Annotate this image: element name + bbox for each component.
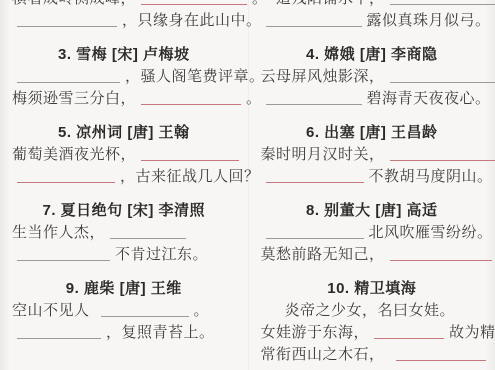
fill-in-blank-underline xyxy=(17,246,110,261)
line-text: 常衔西山之木石， xyxy=(261,347,385,363)
line-text: 故为精卫， xyxy=(449,325,495,341)
line-text: 露似真珠月似弓。 xyxy=(367,13,491,29)
poem-line: 葡萄美酒夜光杯， xyxy=(12,144,236,166)
line-text: ，复照青苔上。 xyxy=(106,325,215,341)
fill-in-blank-underline xyxy=(390,146,495,161)
poetry-worksheet-page: 横看成岭侧成峰，。，只缘身在此山中。3. 雪梅 [宋] 卢梅坡，骚人阁笔费评章。… xyxy=(0,0,495,370)
poem-line: 生当作人杰， xyxy=(12,222,236,244)
poem-line-cutoff: 横看成岭侧成峰，。 xyxy=(12,0,236,10)
fill-in-blank-underline xyxy=(266,90,362,105)
fill-in-blank-underline xyxy=(141,90,241,105)
poem-8-biedongda: 8. 别董大 [唐] 高适北风吹雁雪纷纷。莫愁前路无知己， xyxy=(261,200,484,266)
fill-in-blank-underline xyxy=(396,346,486,361)
poem-heading: 4. 嫦娥 [唐] 李商隐 xyxy=(261,44,484,66)
poem-heading: 3. 雪梅 [宋] 卢梅坡 xyxy=(12,44,236,66)
line-text: 不教胡马度阴山。 xyxy=(369,169,493,185)
fill-in-blank-underline xyxy=(266,12,362,27)
poem-10-jingweitianhai: 10. 精卫填海炎帝之少女，名曰女娃。女娃游于东海，故为精卫，常衔西山之木石， xyxy=(261,278,484,366)
poem-heading: 10. 精卫填海 xyxy=(261,278,484,300)
line-text: 葡萄美酒夜光杯， xyxy=(12,147,136,163)
poem-3-xuemei: 3. 雪梅 [宋] 卢梅坡，骚人阁笔费评章。梅须逊雪三分白，。 xyxy=(12,44,236,110)
poem-line: ，只缘身在此山中。 xyxy=(12,10,236,32)
line-text: 莫愁前路无知己， xyxy=(261,247,385,263)
fill-in-blank-underline xyxy=(17,12,117,27)
line-text: 北风吹雁雪纷纷。 xyxy=(369,225,493,241)
fill-in-blank-underline xyxy=(17,168,115,183)
poem-1-xilinbi: 横看成岭侧成峰，。，只缘身在此山中。 xyxy=(12,0,236,32)
line-text: 一道残阳铺水中， xyxy=(261,0,385,7)
fill-in-blank-underline xyxy=(390,0,495,5)
fill-in-blank-underline xyxy=(141,146,239,161)
poem-7-xiarijueju: 7. 夏日绝句 [宋] 李清照生当作人杰，不肯过江东。 xyxy=(12,200,236,266)
line-text: 不肯过江东。 xyxy=(115,247,208,263)
poem-line: 炎帝之少女，名曰女娃。 xyxy=(261,300,484,322)
poem-line: 常衔西山之木石， xyxy=(261,344,484,366)
poem-line: 不教胡马度阴山。 xyxy=(261,166,484,188)
poem-line: 不肯过江东。 xyxy=(12,244,236,266)
poem-line: 碧海青天夜夜心。 xyxy=(261,88,484,110)
poem-line: 空山不见人。 xyxy=(12,300,236,322)
line-text: 。 xyxy=(194,303,210,319)
fill-in-blank-underline xyxy=(390,68,495,83)
line-text: 横看成岭侧成峰， xyxy=(12,0,136,7)
line-text: 碧海青天夜夜心。 xyxy=(367,91,491,107)
fill-in-blank-underline xyxy=(17,324,101,339)
poem-heading: 6. 出塞 [唐] 王昌龄 xyxy=(261,122,484,144)
fill-in-blank-underline xyxy=(266,168,364,183)
line-text: 秦时明月汉时关， xyxy=(261,147,385,163)
fill-in-blank-underline xyxy=(101,302,189,317)
column-right: 一道残阳铺水中，露似真珠月似弓。4. 嫦娥 [唐] 李商隐云母屏风烛影深，碧海青… xyxy=(248,0,495,370)
poem-line: ，复照青苔上。 xyxy=(12,322,236,344)
poem-line: 女娃游于东海，故为精卫， xyxy=(261,322,484,344)
line-text: 空山不见人 xyxy=(12,303,90,319)
poem-heading: 8. 别董大 [唐] 高适 xyxy=(261,200,484,222)
fill-in-blank-underline xyxy=(374,324,444,339)
column-left: 横看成岭侧成峰，。，只缘身在此山中。3. 雪梅 [宋] 卢梅坡，骚人阁笔费评章。… xyxy=(0,0,248,370)
poem-heading: 5. 凉州词 [唐] 王翰 xyxy=(12,122,236,144)
poem-line-cutoff: 一道残阳铺水中， xyxy=(261,0,484,10)
poem-line: 秦时明月汉时关， xyxy=(261,144,484,166)
poem-line: 北风吹雁雪纷纷。 xyxy=(261,222,484,244)
poem-line: ，古来征战几人回？ xyxy=(12,166,236,188)
poem-line: 莫愁前路无知己， xyxy=(261,244,484,266)
line-text: ，古来征战几人回？ xyxy=(120,169,260,185)
poem-line: 梅须逊雪三分白，。 xyxy=(12,88,236,110)
fill-in-blank-underline xyxy=(390,246,492,261)
poem-5-liangzhouci: 5. 凉州词 [唐] 王翰葡萄美酒夜光杯，，古来征战几人回？ xyxy=(12,122,236,188)
line-text: 生当作人杰， xyxy=(12,225,105,241)
fill-in-blank-underline xyxy=(266,224,364,239)
fill-in-blank-underline xyxy=(141,0,247,5)
fill-in-blank-underline xyxy=(110,224,186,239)
line-text: 梅须逊雪三分白， xyxy=(12,91,136,107)
line-text: ，只缘身在此山中。 xyxy=(122,13,262,29)
line-text: 炎帝之少女，名曰女娃。 xyxy=(285,303,456,319)
poem-line: ，骚人阁笔费评章。 xyxy=(12,66,236,88)
line-text: ，骚人阁笔费评章。 xyxy=(125,69,265,85)
poem-9-luzhai: 9. 鹿柴 [唐] 王维空山不见人。，复照青苔上。 xyxy=(12,278,236,344)
poem-6-chusai: 6. 出塞 [唐] 王昌龄秦时明月汉时关，不教胡马度阴山。 xyxy=(261,122,484,188)
poem-heading: 7. 夏日绝句 [宋] 李清照 xyxy=(12,200,236,222)
line-text: 女娃游于东海， xyxy=(261,325,370,341)
poem-line: 露似真珠月似弓。 xyxy=(261,10,484,32)
poem-line: 云母屏风烛影深， xyxy=(261,66,484,88)
poem-heading: 9. 鹿柴 [唐] 王维 xyxy=(12,278,236,300)
line-text: 云母屏风烛影深， xyxy=(261,69,385,85)
fill-in-blank-underline xyxy=(17,68,120,83)
poem-2-mujiangyin: 一道残阳铺水中，露似真珠月似弓。 xyxy=(261,0,484,32)
poem-4-change: 4. 嫦娥 [唐] 李商隐云母屏风烛影深，碧海青天夜夜心。 xyxy=(261,44,484,110)
